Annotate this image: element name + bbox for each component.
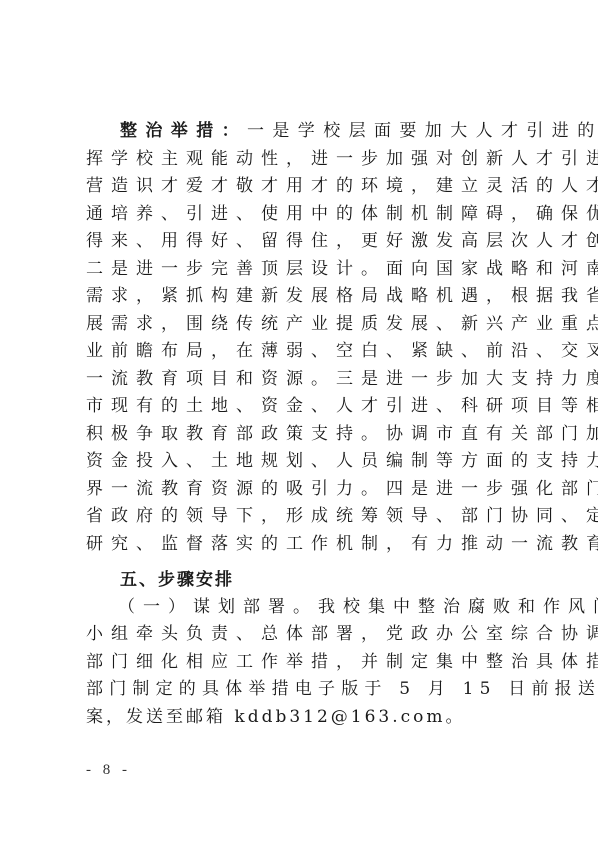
paragraph1-line-4: 通培养、引进、使用中的体制机制障碍，确保优秀人才能够引 [86,202,526,226]
paragraph1-line-12: 积极争取教育部政策支持。协调市直有关部门加大在以奖代补、 [86,422,526,446]
paragraph1-line-13: 资金投入、土地规划、人员编制等方面的支持力度，提升对世 [86,449,526,473]
paragraph2-line-5: 案，发送至邮箱 kddb312@163.com。 [86,705,526,729]
paragraph1-line-10: 一流教育项目和资源。三是进一步加大支持力度。充分利用省、 [86,367,526,391]
paragraph2-line-4: 部门制定的具体举措电子版于 5 月 15 日前报送党政办公室备 [86,677,526,701]
paragraph1-line-15: 省政府的领导下，形成统筹领导、部门协同、定期会商、及时 [86,504,526,528]
paragraph1-line-16: 研究、监督落实的工作机制，有力推动一流教育资源引进工作。 [86,532,526,556]
paragraph1-line-6: 二是进一步完善顶层设计。面向国家战略和河南经济社会发展 [86,257,526,281]
page-number: - 8 - [86,762,131,779]
paragraph1-line-5: 得来、用得好、留得住，更好激发高层次人才创新创造活力。 [86,229,526,253]
paragraph2-line-1: （一）谋划部署。我校集中整治腐败和作风问题工作领导 [118,595,526,619]
document-page: 整治举措：一是学校层面要加大人才引进的力度，充分发 挥学校主观能动性，进一步加强… [0,0,598,845]
paragraph1-line-14: 界一流教育资源的吸引力。四是进一步强化部门协同。在省委、 [86,477,526,501]
paragraph1-line-11: 市现有的土地、资金、人才引进、科研项目等相关支持政策， [86,394,526,418]
paragraph1-line-8: 展需求，围绕传统产业提质发展、新兴产业重点培育、未来产 [86,312,526,336]
paragraph1-line-3: 营造识才爱才敬才用才的环境，建立灵活的人才工作机制，打 [86,174,526,198]
paragraph2-line-3: 部门细化相应工作举措，并制定集中整治具体措施。各单位各 [86,650,526,674]
paragraph1-line-1: 整治举措：一是学校层面要加大人才引进的力度，充分发 [120,119,526,143]
paragraph-label: 整治举措： [120,121,247,141]
paragraph1-line-9: 业前瞻布局，在薄弱、空白、紧缺、前沿、交叉学科引进世界 [86,339,526,363]
paragraph2-line-2: 小组牵头负责、总体部署，党政办公室综合协调，有关单位、 [86,622,526,646]
paragraph1-line-2: 挥学校主观能动性，进一步加强对创新人才引进、培育力度。 [86,147,526,171]
section-heading: 五、步骤安排 [120,568,560,592]
paragraph1-line-7: 需求，紧抓构建新发展格局战略机遇，根据我省产业布局及发 [86,284,526,308]
